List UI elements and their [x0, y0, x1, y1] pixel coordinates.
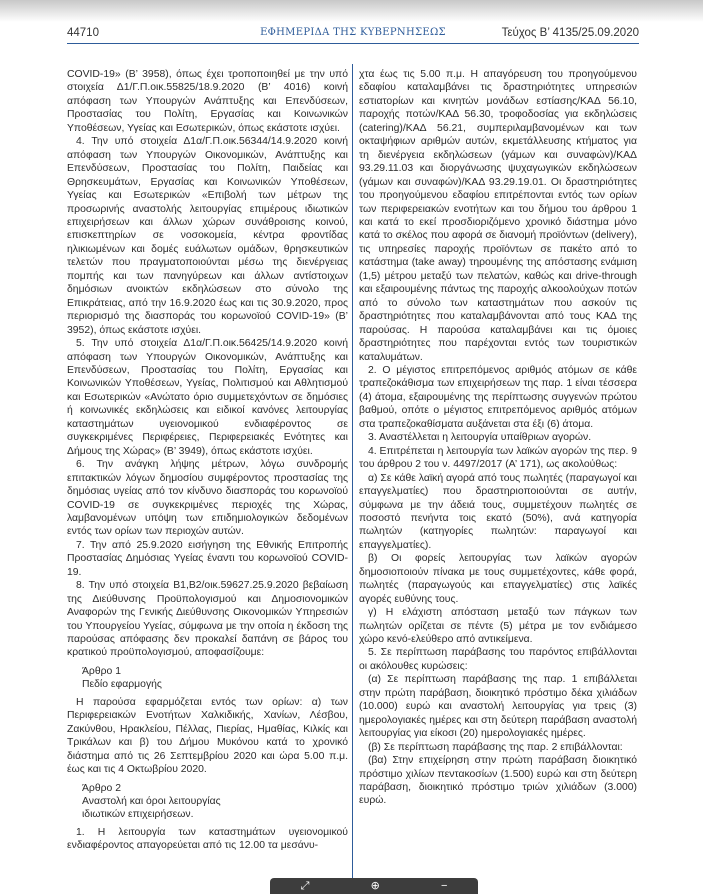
article-heading: Άρθρο 2: [67, 782, 348, 795]
fit-page-icon[interactable]: ⤢: [301, 878, 310, 894]
paragraph: (βα) Στην επιχείρηση στην πρώτη παράβαση…: [359, 754, 637, 808]
paragraph: 6. Την ανάγκη λήψης μέτρων, λόγω συνδρομ…: [67, 458, 348, 539]
left-column: COVID-19» (Β’ 3958), όπως έχει τροποποιη…: [67, 68, 348, 853]
paragraph: 3. Αναστέλλεται η λειτουργία υπαίθριων α…: [359, 431, 637, 444]
page-running-header: 44710 ΕΦΗΜΕΡΙΔΑ ΤΗΣ ΚΥΒΕΡΝΗΣΕΩΣ Τεύχος Β…: [67, 24, 639, 44]
paragraph: Η παρούσα εφαρμόζεται εντός των ορίων: α…: [67, 696, 348, 777]
right-column: χτα έως τις 5.00 π.μ. Η απαγόρευση του π…: [359, 68, 637, 808]
paragraph: 8. Την υπό στοιχεία Β1,Β2/οικ.59627.25.9…: [67, 579, 348, 660]
paragraph: 4. Την υπό στοιχεία Δ1α/Γ.Π.οικ.56344/14…: [67, 135, 348, 337]
paragraph: (β) Σε περίπτωση παράβασης της παρ. 2 επ…: [359, 741, 637, 754]
article-subheading: Αναστολή και όροι λειτουργίας: [67, 795, 348, 808]
viewer-top-shadow: [0, 0, 703, 22]
paragraph: 5. Σε περίπτωση παράβασης του παρόντος ε…: [359, 646, 637, 673]
paragraph: COVID-19» (Β’ 3958), όπως έχει τροποποιη…: [67, 68, 348, 135]
paragraph: 4. Επιτρέπεται η λειτουργία των λαϊκών α…: [359, 445, 637, 472]
paragraph: γ) Η ελάχιστη απόσταση μεταξύ των πάγκων…: [359, 606, 637, 646]
article-subheading: ιδιωτικών επιχειρήσεων.: [67, 808, 348, 821]
paragraph: 5. Την υπό στοιχεία Δ1α/Γ.Π.οικ.56425/14…: [67, 337, 348, 458]
paragraph: 1. Η λειτουργία των καταστημάτων υγειονο…: [67, 826, 348, 853]
paragraph: (α) Σε περίπτωση παράβασης της παρ. 1 επ…: [359, 673, 637, 740]
issue-number: Τεύχος Β’ 4135/25.09.2020: [502, 27, 639, 39]
article-heading: Άρθρο 1: [67, 665, 348, 678]
paragraph: 7. Την από 25.9.2020 εισήγηση της Εθνική…: [67, 539, 348, 579]
article-subheading: Πεδίο εφαρμογής: [67, 678, 348, 691]
paragraph: β) Οι φορείς λειτουργίας των λαϊκών αγορ…: [359, 552, 637, 606]
viewer-toolbar: ⤢ ⊕ −: [270, 878, 478, 894]
zoom-in-icon[interactable]: ⊕: [371, 878, 380, 894]
column-divider: [352, 64, 353, 894]
paragraph: α) Σε κάθε λαϊκή αγορά από τους πωλητές …: [359, 472, 637, 553]
zoom-out-icon[interactable]: −: [441, 878, 447, 894]
paragraph: χτα έως τις 5.00 π.μ. Η απαγόρευση του π…: [359, 68, 637, 364]
paragraph: 2. Ο μέγιστος επιτρεπόμενος αριθμός ατόμ…: [359, 364, 637, 431]
